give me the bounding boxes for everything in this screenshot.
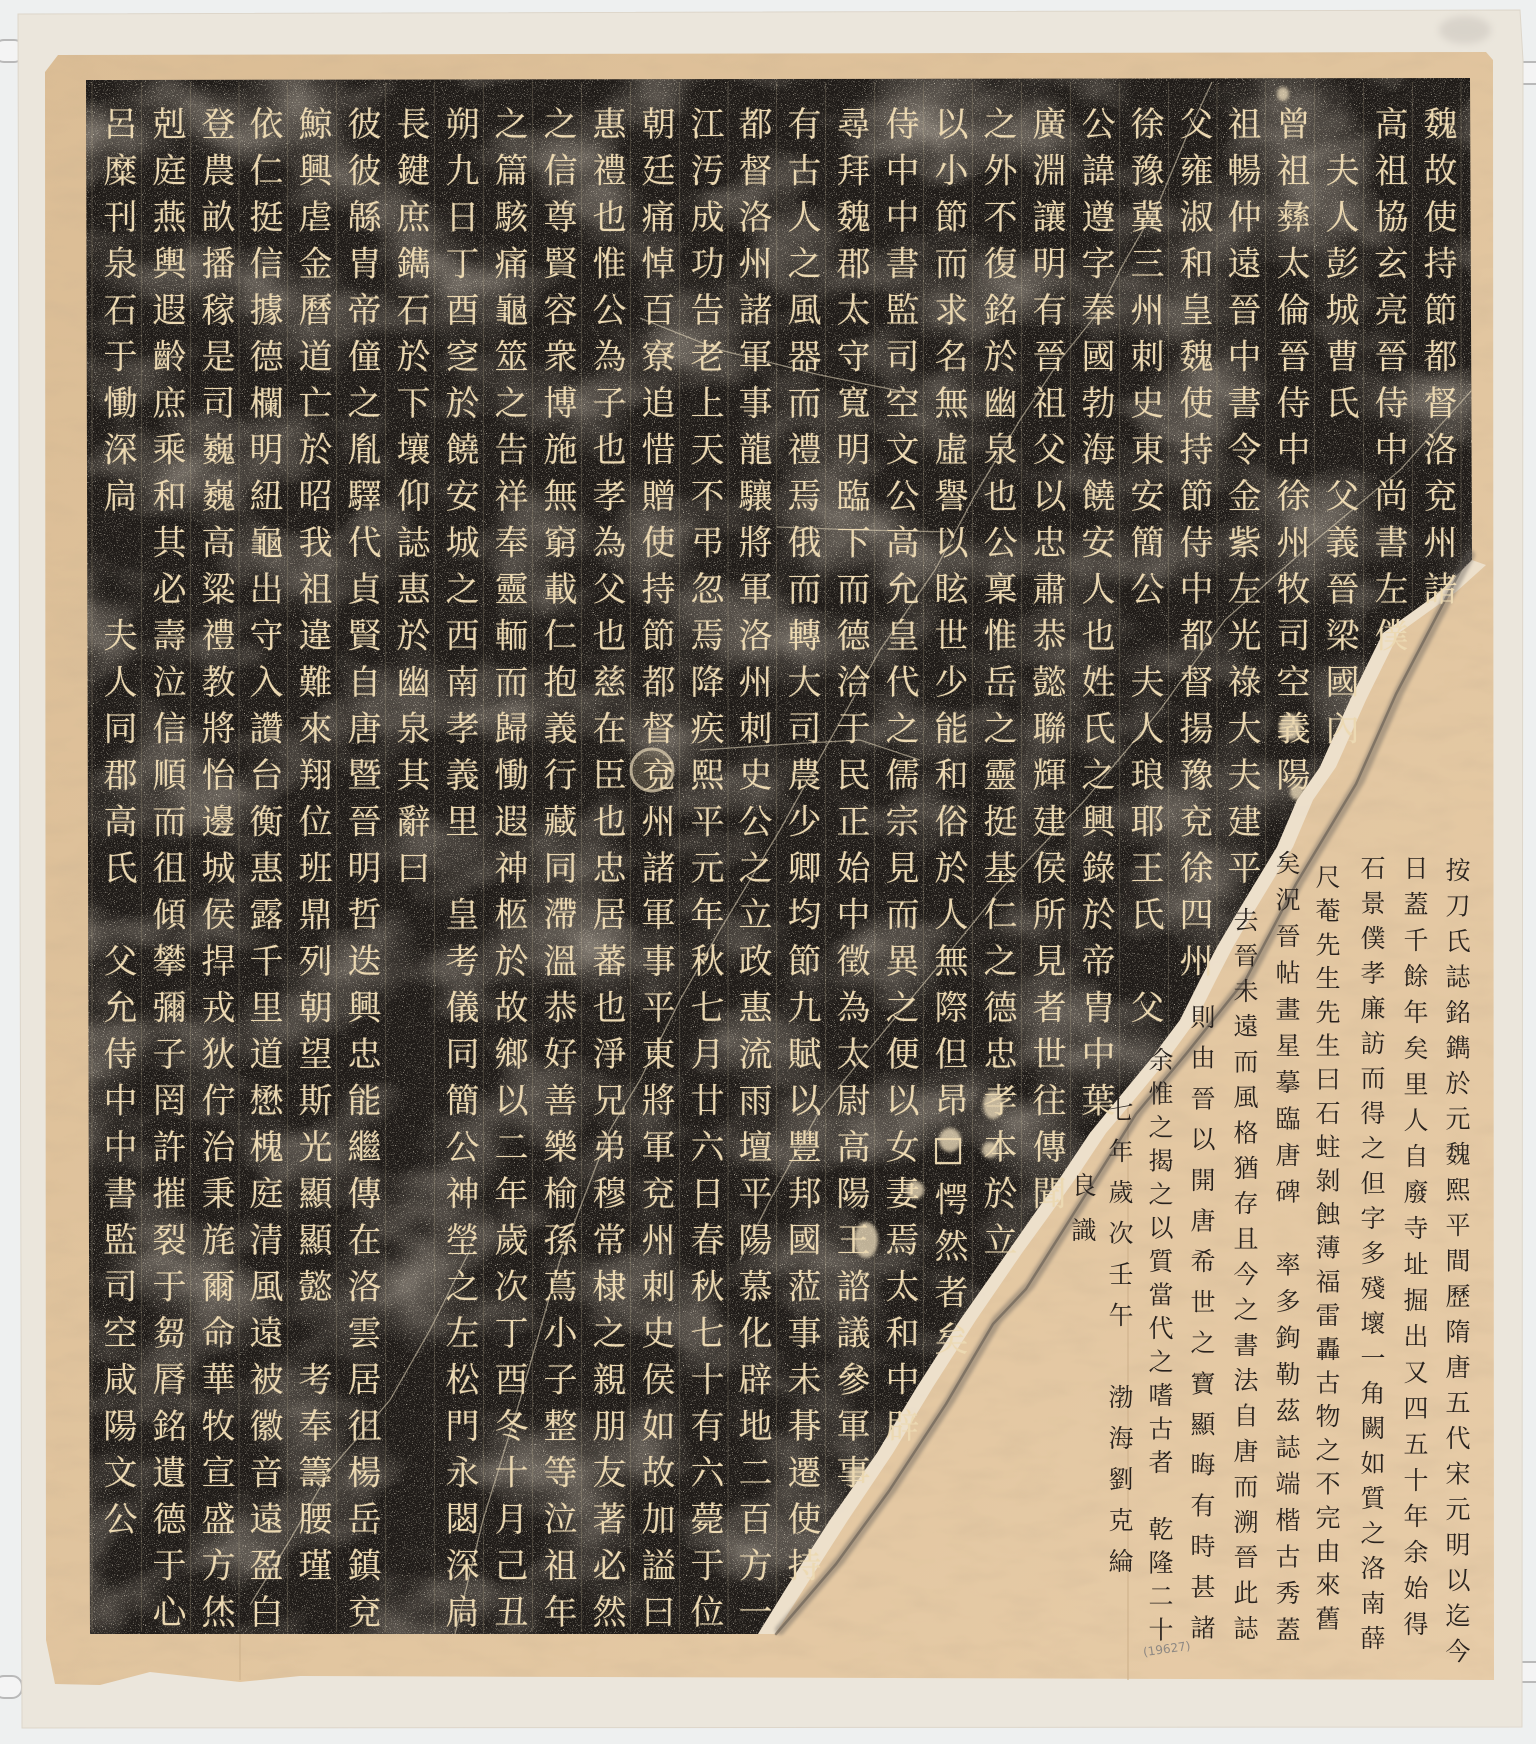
stain-mark: [1439, 16, 1491, 44]
stele-column-24: 鯨興虐金曆道亡於昭我祖違難來翔位班鼎列朝望斯光顯顯懿 考奉籌腰瑾: [295, 106, 329, 1594]
stele-column-27: 剋庭燕輿遐齡庶乘和其必壽泣信順而徂傾攀彌子罔許摧裂于芻脣銘遺德于心: [149, 106, 183, 1641]
stele-column-17: 朝廷痛悼百寮追惜贈使持節都督兗州諸軍事平東將軍兗州刺史侯如故加謚曰: [638, 106, 672, 1641]
stele-column-5: 祖暢仲遠晉中書令金紫左光祿大夫建平: [1224, 106, 1258, 897]
colophon-note-column: 良識: [1070, 1172, 1095, 1262]
colophon-signature-column: 七年歲次壬午 渤海劉克綸: [1107, 1097, 1132, 1589]
stele-column-28: 呂糜刊泉石于慟深扃 夫人同郡高氏 父允侍中中書監司空咸陽文公: [100, 106, 134, 1548]
colophon-column-4: 尺菴先生先生曰石蛀剝蝕薄福雷轟古物之不完由來舊: [1314, 864, 1339, 1639]
colophon-column-5: 矣況晉帖畫星摹臨唐碑 率多鉤勒茲誌端楷古秀蓋: [1274, 850, 1299, 1653]
stele-column-9: 廣淵讓明有晉祖父以忠肅恭懿聯輝建侯所見者世往傳聞: [1029, 106, 1063, 1222]
stele-column-26: 登農畝播稼是司巍巍高粱禮教將怡邊城侯捍戎狄佇治秉旄爾命華牧宣盛方烋: [198, 106, 232, 1641]
stele-column-1: 魏故使持節都督洛兗州諸: [1420, 106, 1454, 618]
stele-column-22: 長鍵庶鐫石於下壤仰誌惠於幽泉其辭曰: [393, 106, 427, 897]
stele-column-6: 父雍淑和皇魏使持節侍中都督揚豫兗徐四州: [1176, 106, 1210, 990]
stele-column-8: 公諱遵字奉國勃海饒安人也姓氏之興錄於帝胄中葉: [1078, 106, 1112, 1129]
stele-column-23: 彼彼緜胄帝僮之胤驛代貞賢自唐暨晉明哲迭興忠能繼傳在洛雲居徂楊岳鎮兗: [344, 106, 378, 1641]
colophon-column-7: 則由晉以開唐希世之寶顯晦有時甚諸: [1189, 1004, 1214, 1655]
stele-column-20: 之篇駭痛龜筮之告祥奉靈輀而歸慟遐神柩於故鄉以二年歲次丁酉冬十月己丑: [491, 106, 525, 1641]
colophon-column-1: 按刀氏誌銘鐫於元魏熙平間歷隋唐五代宋元明以迄今: [1444, 857, 1469, 1674]
stele-column-2: 高祖協玄亮晉侍中尚書左僕: [1371, 106, 1405, 664]
colophon-column-2: 日蓋千餘年矣里人自廢寺址掘出又四五十年余始得: [1402, 855, 1427, 1647]
stele-column-16: 江汚成功告老上天不弔忽焉降疾熙平元年秋七月廿六日春秋七十有六薨于位: [687, 106, 721, 1641]
colophon-column-3: 石景僕孝廉訪而得之但字多殘壞一角闕如質之洛南薛: [1359, 855, 1384, 1660]
stele-column-21: 朔九日丁酉窆於饒安城之西南孝義里 皇考儀同簡公神塋之左松門永閟深扃: [442, 106, 476, 1641]
stele-column-15: 都督洛州諸軍事龍驤將軍洛州刺史公之立政惠流雨壇平陽慕化辟地二百方一: [735, 106, 769, 1641]
stele-column-11: 以小節而求名無虛譽以眩世少能和俗於人無際但昂□愕然者矣: [931, 106, 965, 1368]
stele-column-18: 惠禮也惟公為子也孝為父也慈在臣也忠居蕃也淨兄弟穆常棣之親朋友著必然: [589, 106, 623, 1641]
stele-column-4: 曾祖彝太倫晉侍中徐州牧司空義陽: [1273, 106, 1307, 804]
colophon-column-6: 去晉未遠而風格猶存且今之書法自唐而溯晉此誌: [1232, 907, 1257, 1650]
colophon-column-8: 余惟之揭之以質當代之嗜古者 乾隆二十: [1147, 1047, 1172, 1650]
stele-column-13: 尋拜魏郡太守寬明臨下而德洽于民正始中徵為太尉高陽王諮議參軍事: [833, 106, 867, 1501]
stele-column-14: 有古人之風器而禮焉俄而轉大司農少卿均節九賦以豐邦國蒞事未朞遷使持: [784, 106, 818, 1594]
stele-column-25: 依仁挺信據德欄明紐龜出守入讚台衡惠露千里道懋槐庭清風遠被徽音遠盈白: [246, 106, 280, 1641]
stele-column-10: 之外不復銘於幽泉也公稟惟岳之靈挺基仁之德忠孝本於立: [980, 106, 1014, 1269]
stele-column-3: 夫人彭城曹氏 父義晉梁國內: [1322, 106, 1356, 757]
stele-column-12: 侍中中書監司空文公高允皇代之儒宗見而異之便以女妻焉太和中辟: [882, 106, 916, 1455]
stele-column-7: 徐豫冀三州刺史東安簡公 夫人琅耶王氏 父: [1127, 106, 1161, 1036]
stele-column-19: 之信尊賢容衆博施無窮載仁抱義行藏同滯溫恭好善樂榆孫蔦小子整等泣祖年: [540, 106, 574, 1641]
